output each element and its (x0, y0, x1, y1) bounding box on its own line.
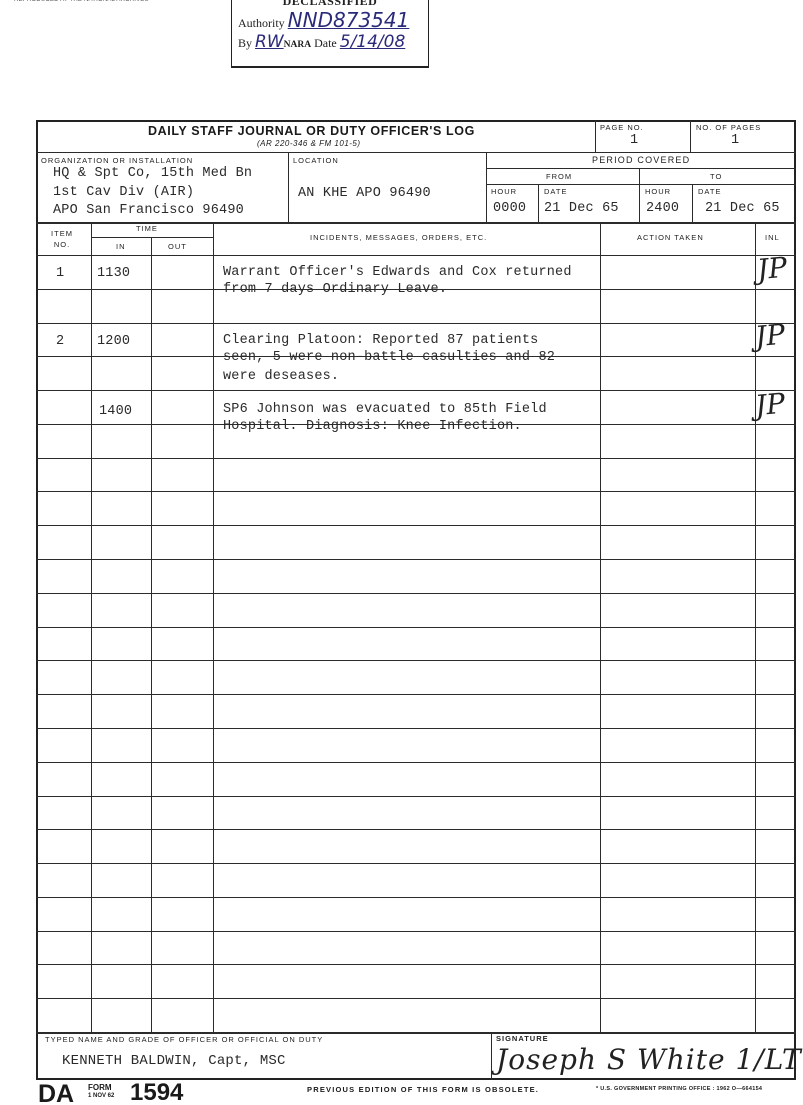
stamp-date-value: 5/14/08 (340, 32, 406, 52)
location-label: LOCATION (293, 156, 339, 165)
table-row (36, 559, 796, 560)
entry-3-line-1[interactable]: SP6 Johnson was evacuated to 85th Field (223, 402, 547, 417)
no-of-pages-field[interactable]: 1 (731, 133, 739, 148)
table-row (36, 829, 796, 830)
entry-3-time-in[interactable]: 1400 (99, 404, 132, 419)
divider (36, 152, 796, 153)
table-row (36, 897, 796, 898)
entry-2-line-1[interactable]: Clearing Platoon: Reported 87 patients (223, 333, 538, 348)
table-row (36, 998, 796, 999)
table-row (36, 323, 796, 324)
form-number: 1594 (130, 1079, 183, 1105)
from-hour-label: HOUR (491, 187, 517, 196)
stamp-by-value: RW (255, 32, 284, 52)
organization-line-2[interactable]: 1st Cav Div (AIR) (53, 185, 194, 200)
to-hour-field[interactable]: 2400 (646, 201, 679, 216)
divider (486, 152, 487, 222)
divider (92, 237, 214, 238)
table-row (36, 255, 796, 256)
page-no-field[interactable]: 1 (630, 133, 638, 148)
table-row (36, 491, 796, 492)
from-hour-field[interactable]: 0000 (493, 201, 526, 216)
table-row (36, 390, 796, 391)
location-field[interactable]: AN KHE APO 96490 (298, 186, 431, 201)
staff-journal-form (36, 120, 796, 1080)
table-row (36, 931, 796, 932)
stamp-agency: NARA (284, 40, 311, 50)
inl-header: INL (765, 233, 780, 242)
to-label: TO (710, 172, 722, 181)
organization-label: ORGANIZATION OR INSTALLATION (41, 156, 193, 165)
archives-note: REPRODUCED AT THE NATIONAL ARCHIVES (14, 0, 149, 3)
divider (486, 184, 796, 185)
declassification-stamp: DECLASSIFIED Authority NND873541 By RWNA… (231, 0, 429, 68)
divider (595, 120, 596, 152)
from-date-label: DATE (544, 187, 567, 196)
entry-2-line-3[interactable]: were deseases. (223, 369, 339, 384)
entry-1-line-1[interactable]: Warrant Officer's Edwards and Cox return… (223, 265, 572, 280)
table-row (36, 796, 796, 797)
table-row (36, 762, 796, 763)
stamp-by-label: By (238, 36, 252, 50)
table-row (36, 627, 796, 628)
time-out-header: OUT (168, 242, 187, 251)
signature-label: SIGNATURE (496, 1034, 549, 1043)
signature-field[interactable]: Joseph S White 1/LT MSC (496, 1043, 803, 1076)
organization-line-3[interactable]: APO San Francisco 96490 (53, 203, 244, 218)
stamp-date-label: Date (314, 36, 337, 50)
table-row (36, 863, 796, 864)
table-row (36, 525, 796, 526)
to-hour-label: HOUR (645, 187, 671, 196)
divider (486, 168, 796, 169)
entry-2-item-no[interactable]: 2 (56, 334, 64, 349)
officer-name-field[interactable]: KENNETH BALDWIN, Capt, MSC (62, 1053, 286, 1069)
divider (288, 152, 289, 222)
entry-2-line-2[interactable]: seen, 5 were non-battle casulties and 82 (223, 350, 555, 365)
action-taken-header: ACTION TAKEN (637, 233, 704, 242)
officer-label: TYPED NAME AND GRADE OF OFFICER OR OFFIC… (45, 1035, 323, 1044)
from-label: FROM (546, 172, 572, 181)
entry-3-line-2[interactable]: Hospital. Diagnosis: Knee Infection. (223, 419, 522, 434)
to-date-field[interactable]: 21 Dec 65 (705, 201, 780, 216)
table-row (36, 694, 796, 695)
divider (491, 1032, 492, 1080)
printing-office-note: * U.S. GOVERNMENT PRINTING OFFICE : 1962… (596, 1086, 762, 1092)
entry-2-initials: JP (754, 321, 786, 352)
divider (692, 184, 693, 222)
organization-line-1[interactable]: HQ & Spt Co, 15th Med Bn (53, 166, 252, 181)
table-row (36, 660, 796, 661)
entry-1-item-no[interactable]: 1 (56, 266, 64, 281)
form-da-mark: DA (38, 1080, 74, 1105)
entry-1-time-in[interactable]: 1130 (97, 266, 130, 281)
form-date: 1 NOV 62 (88, 1092, 114, 1100)
table-row (36, 728, 796, 729)
stamp-authority-line: Authority NND873541 (238, 8, 409, 32)
table-row (36, 964, 796, 965)
divider (639, 168, 640, 222)
form-title: DAILY STAFF JOURNAL OR DUTY OFFICER'S LO… (148, 124, 475, 138)
form-subtitle: (AR 220-346 & FM 101-5) (257, 139, 361, 148)
no-of-pages-label: NO. OF PAGES (696, 123, 761, 132)
form-word-and-date: FORM 1 NOV 62 (88, 1084, 114, 1100)
table-row (36, 593, 796, 594)
item-no-header: ITEM NO. (49, 228, 75, 250)
to-date-label: DATE (698, 187, 721, 196)
period-covered-label: PERIOD COVERED (592, 155, 690, 165)
form-word: FORM (88, 1084, 114, 1092)
divider (36, 1032, 796, 1034)
stamp-by-line: By RWNARA Date 5/14/08 (238, 32, 405, 52)
entry-3-initials: JP (754, 390, 786, 421)
time-in-header: IN (116, 242, 126, 251)
from-date-field[interactable]: 21 Dec 65 (544, 201, 619, 216)
table-row (36, 458, 796, 459)
incidents-header: INCIDENTS, MESSAGES, ORDERS, ETC. (310, 233, 487, 242)
entry-1-line-2[interactable]: from 7 days Ordinary Leave. (223, 282, 447, 297)
time-header: TIME (136, 224, 158, 233)
divider (538, 184, 539, 222)
previous-edition-note: PREVIOUS EDITION OF THIS FORM IS OBSOLET… (307, 1085, 539, 1094)
entry-1-initials: JP (756, 254, 788, 285)
stamp-authority-value: NND873541 (288, 8, 410, 32)
divider (690, 120, 691, 152)
page-no-label: PAGE NO. (600, 123, 644, 132)
stamp-authority-label: Authority (238, 16, 285, 30)
entry-2-time-in[interactable]: 1200 (97, 334, 130, 349)
